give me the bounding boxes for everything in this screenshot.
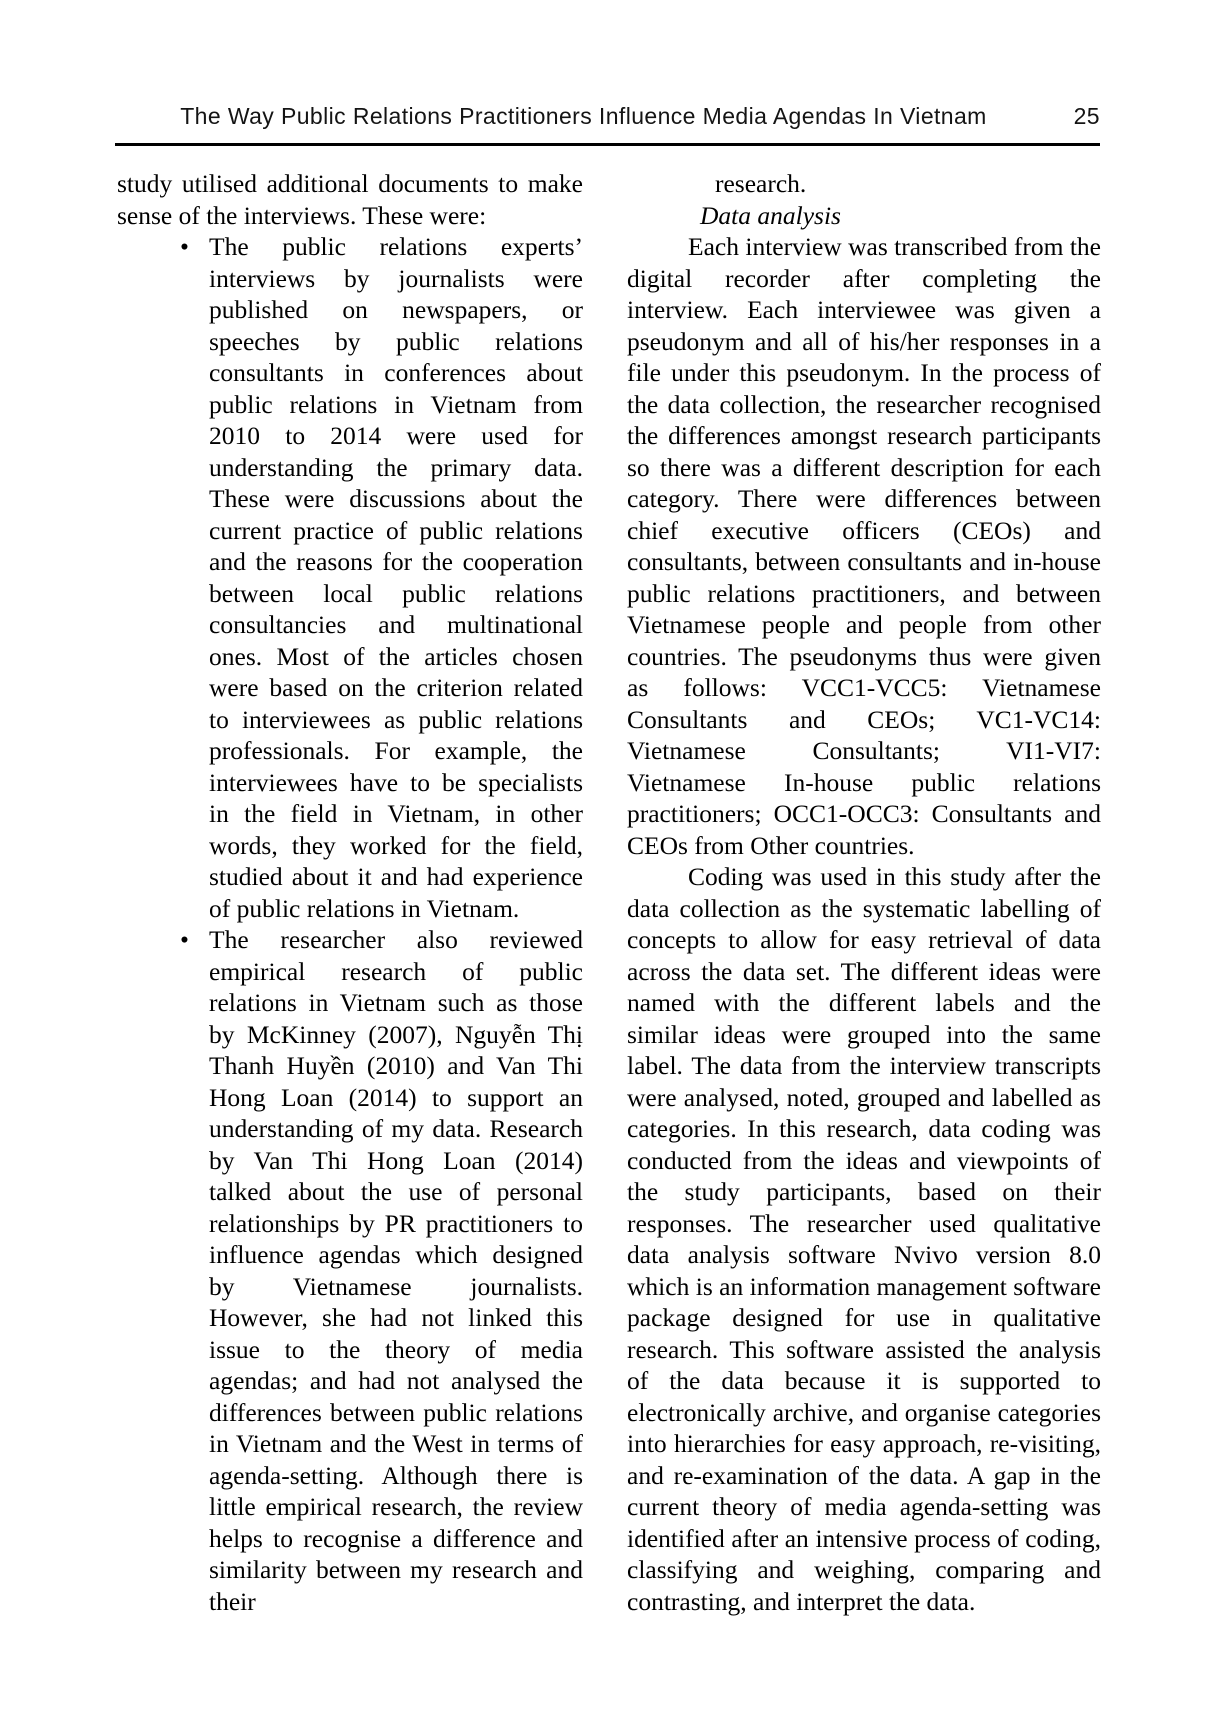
carryover-line: research. bbox=[627, 168, 1101, 200]
header-rule bbox=[115, 143, 1100, 146]
document-page: The Way Public Relations Practitioners I… bbox=[0, 0, 1210, 1712]
paragraph: Each interview was transcribed from the … bbox=[627, 231, 1101, 861]
left-column: study utilised additional documents to m… bbox=[117, 168, 583, 1617]
page-header: The Way Public Relations Practitioners I… bbox=[115, 103, 1100, 130]
continued-paragraph: study utilised additional documents to m… bbox=[117, 168, 583, 231]
bullet-list: • The public relations experts’ intervie… bbox=[117, 231, 583, 1617]
bullet-text: The public relations experts’ interviews… bbox=[209, 232, 583, 923]
list-item: • The researcher also reviewed empirical… bbox=[209, 924, 583, 1617]
page-number: 25 bbox=[1066, 103, 1100, 130]
running-head-title: The Way Public Relations Practitioners I… bbox=[115, 103, 1052, 130]
section-heading: Data analysis bbox=[627, 200, 1101, 232]
right-column: research. Data analysis Each interview w… bbox=[627, 168, 1101, 1617]
bullet-icon: • bbox=[180, 924, 189, 956]
list-item: • The public relations experts’ intervie… bbox=[209, 231, 583, 924]
bullet-icon: • bbox=[180, 231, 189, 263]
paragraph: Coding was used in this study after the … bbox=[627, 861, 1101, 1617]
bullet-text: The researcher also reviewed empirical r… bbox=[209, 925, 583, 1616]
body-columns: study utilised additional documents to m… bbox=[117, 168, 1101, 1617]
